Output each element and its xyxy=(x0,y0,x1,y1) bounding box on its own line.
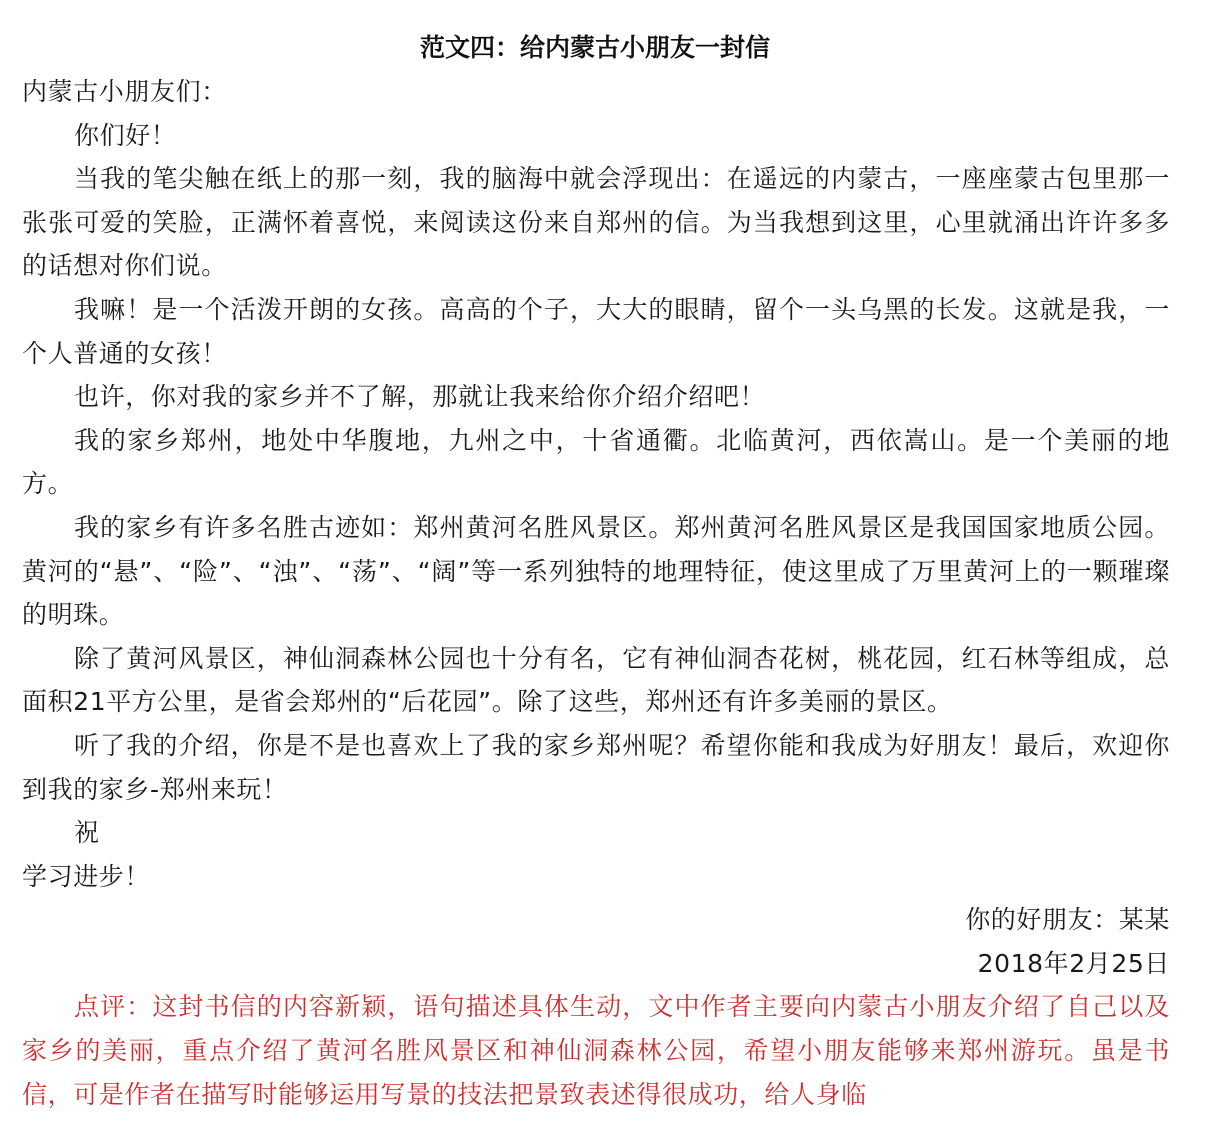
closing: 祝 xyxy=(22,811,1170,855)
letter-body: 内蒙古小朋友们： 你们好！ 当我的笔尖触在纸上的那一刻，我的脑海中就会浮现出：在… xyxy=(22,70,1170,1116)
paragraph: 当我的笔尖触在纸上的那一刻，我的脑海中就会浮现出：在遥远的内蒙古，一座座蒙古包里… xyxy=(22,157,1170,288)
salutation: 内蒙古小朋友们： xyxy=(22,70,1170,114)
greeting: 你们好！ xyxy=(22,114,1170,158)
paragraph: 我的家乡有许多名胜古迹如：郑州黄河名胜风景区。郑州黄河名胜风景区是我国国家地质公… xyxy=(22,506,1170,637)
date: 2018年2月25日 xyxy=(22,942,1170,986)
paragraph: 我嘛！是一个活泼开朗的女孩。高高的个子，大大的眼睛，留个一头乌黑的长发。这就是我… xyxy=(22,288,1170,375)
paragraph: 除了黄河风景区，神仙洞森林公园也十分有名，它有神仙洞杏花树，桃花园，红石林等组成… xyxy=(22,637,1170,724)
paragraph: 也许，你对我的家乡并不了解，那就让我来给你介绍介绍吧！ xyxy=(22,375,1170,419)
paragraph: 听了我的介绍，你是不是也喜欢上了我的家乡郑州呢？希望你能和我成为好朋友！最后，欢… xyxy=(22,724,1170,811)
document-title: 范文四：给内蒙古小朋友一封信 xyxy=(0,28,1190,68)
comment: 点评：这封书信的内容新颖，语句描述具体生动，文中作者主要向内蒙古小朋友介绍了自己… xyxy=(22,985,1170,1116)
paragraph: 我的家乡郑州，地处中华腹地，九州之中，十省通衢。北临黄河，西依嵩山。是一个美丽的… xyxy=(22,419,1170,506)
wish: 学习进步！ xyxy=(22,855,1170,899)
signature: 你的好朋友：某某 xyxy=(22,898,1170,942)
